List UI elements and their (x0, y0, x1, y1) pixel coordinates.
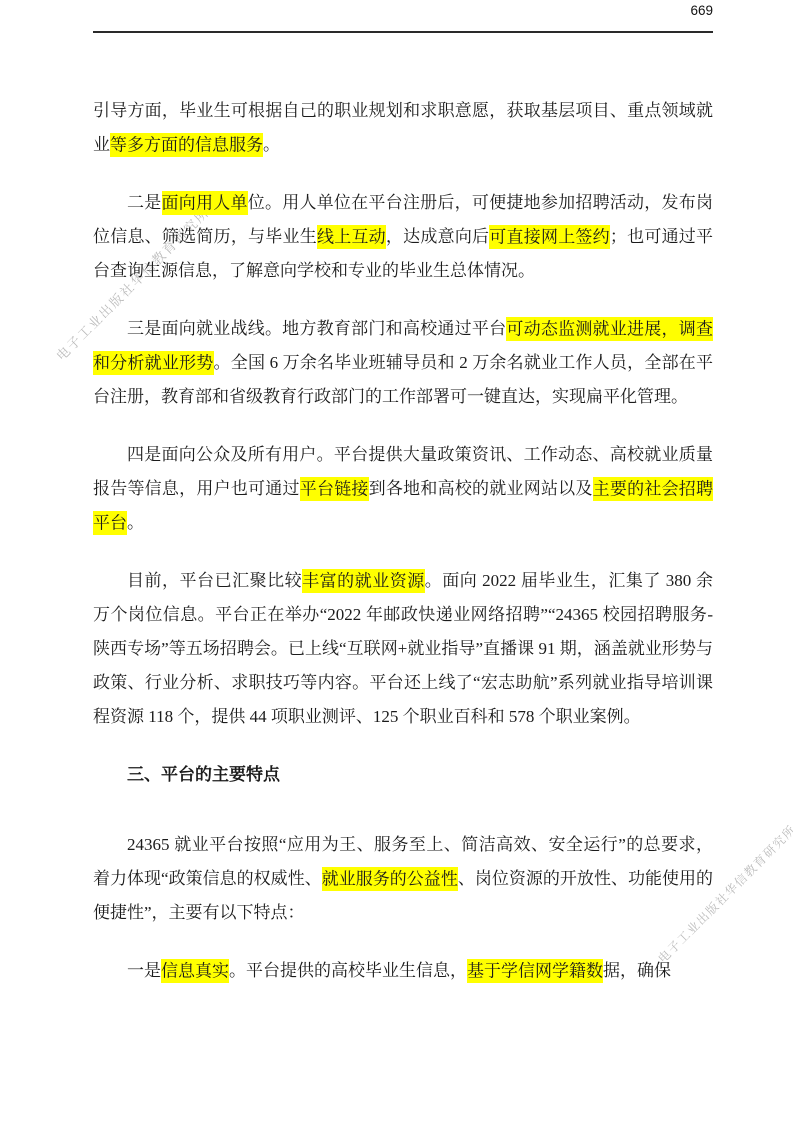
paragraph: 二是面向用人单位。用人单位在平台注册后，可便捷地参加招聘活动，发布岗位信息、筛选… (93, 186, 713, 288)
highlighted-text: 就业服务的公益性 (322, 867, 458, 891)
page-number: 669 (690, 3, 713, 18)
highlighted-text: 平台链接 (300, 477, 369, 501)
text-run: 。面向 2022 届毕业生，汇集了 380 余万个岗位信息。平台正在举办“202… (93, 571, 713, 726)
highlighted-text: 等多方面的信息服务 (110, 133, 263, 157)
highlighted-text: 信息真实 (161, 959, 229, 983)
document-page: 669 电子工业出版社华信教育研究所 电子工业出版社华信教育研究所 引导方面，毕… (0, 0, 793, 1122)
text-run: 据，确保 (603, 961, 671, 980)
paragraph: 三是面向就业战线。地方教育部门和高校通过平台可动态监测就业进展，调查和分析就业形… (93, 312, 713, 414)
text-run: 目前，平台已汇聚比较 (127, 571, 302, 590)
text-run: 。 (263, 135, 280, 154)
document-body: 引导方面，毕业生可根据自己的职业规划和求职意愿，获取基层项目、重点领域就业等多方… (93, 94, 713, 1012)
paragraph: 一是信息真实。平台提供的高校毕业生信息，基于学信网学籍数据，确保 (93, 954, 713, 988)
text-run: 三、平台的主要特点 (127, 765, 280, 784)
paragraph: 四是面向公众及所有用户。平台提供大量政策资讯、工作动态、高校就业质量报告等信息，… (93, 438, 713, 540)
text-run: 三是面向就业战线。地方教育部门和高校通过平台 (127, 319, 506, 338)
highlighted-text: 基于学信网学籍数 (467, 959, 603, 983)
highlighted-text: 线上互动 (317, 225, 386, 249)
text-run: 一是 (127, 961, 161, 980)
paragraph: 目前，平台已汇聚比较丰富的就业资源。面向 2022 届毕业生，汇集了 380 余… (93, 564, 713, 734)
section-heading: 三、平台的主要特点 (93, 758, 713, 792)
highlighted-text: 面向用人单 (162, 191, 248, 215)
text-run: 。 (127, 513, 144, 532)
paragraph: 24365 就业平台按照“应用为王、服务至上、简洁高效、安全运行”的总要求，着力… (93, 828, 713, 930)
text-run: 二是 (127, 193, 162, 212)
text-run: 。平台提供的高校毕业生信息， (229, 961, 467, 980)
text-run: ，达成意向后 (386, 227, 489, 246)
highlighted-text: 丰富的就业资源 (302, 569, 425, 593)
paragraph: 引导方面，毕业生可根据自己的职业规划和求职意愿，获取基层项目、重点领域就业等多方… (93, 94, 713, 162)
highlighted-text: 可直接网上签约 (489, 225, 610, 249)
text-run: 到各地和高校的就业网站以及 (369, 479, 593, 498)
header-rule (93, 31, 713, 33)
